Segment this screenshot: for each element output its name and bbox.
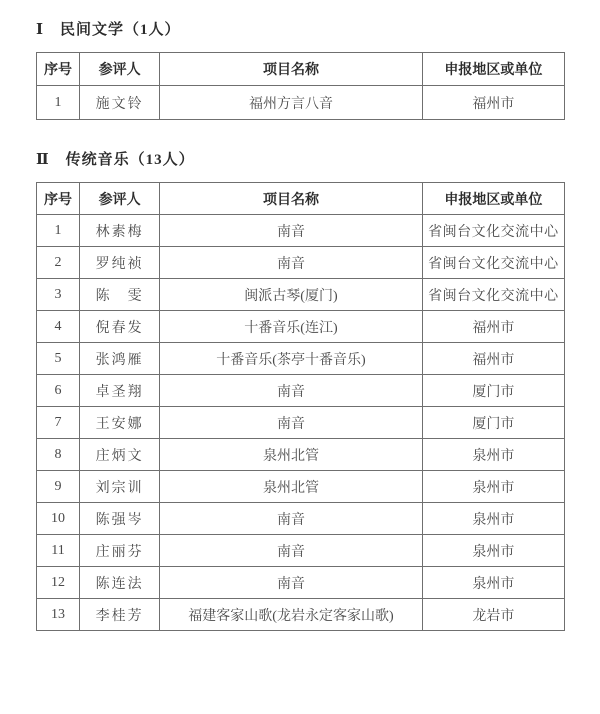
cell-project-name: 闽派古琴(厦门) — [160, 279, 422, 311]
cell-project-name: 南音 — [160, 215, 422, 247]
cell-declaring-region: 厦门市 — [422, 375, 564, 407]
document-page: Ⅰ 民间文学（1人） 序号 参评人 项目名称 申报地区或单位 1 施文铃 福州方… — [0, 0, 600, 714]
cell-participant-name: 卓圣翔 — [80, 375, 160, 407]
cell-participant-name: 陈 雯 — [80, 279, 160, 311]
section-traditional-music: Ⅱ 传统音乐（13人） 序号 参评人 项目名称 申报地区或单位 1 林素梅 南音… — [36, 150, 566, 631]
cell-serial-number: 11 — [37, 535, 80, 567]
cell-participant-name: 施文铃 — [80, 86, 160, 120]
table-row: 12 陈连法 南音 泉州市 — [37, 567, 565, 599]
traditional-music-table: 序号 参评人 项目名称 申报地区或单位 1 林素梅 南音 省闽台文化交流中心 2… — [36, 182, 565, 631]
cell-serial-number: 8 — [37, 439, 80, 471]
table-row: 10 陈强岑 南音 泉州市 — [37, 503, 565, 535]
table-header-row: 序号 参评人 项目名称 申报地区或单位 — [37, 183, 565, 215]
cell-declaring-region: 泉州市 — [422, 567, 564, 599]
table-row: 7 王安娜 南音 厦门市 — [37, 407, 565, 439]
cell-project-name: 泉州北管 — [160, 471, 422, 503]
cell-declaring-region: 厦门市 — [422, 407, 564, 439]
cell-project-name: 南音 — [160, 375, 422, 407]
table-row: 5 张鸿雁 十番音乐(茶亭十番音乐) 福州市 — [37, 343, 565, 375]
cell-project-name: 南音 — [160, 407, 422, 439]
cell-project-name: 十番音乐(茶亭十番音乐) — [160, 343, 422, 375]
cell-participant-name: 林素梅 — [80, 215, 160, 247]
cell-serial-number: 13 — [37, 599, 80, 631]
cell-declaring-region: 福州市 — [422, 311, 564, 343]
cell-serial-number: 1 — [37, 215, 80, 247]
cell-project-name: 福建客家山歌(龙岩永定客家山歌) — [160, 599, 422, 631]
cell-declaring-region: 龙岩市 — [422, 599, 564, 631]
cell-project-name: 南音 — [160, 535, 422, 567]
cell-participant-name: 庄炳文 — [80, 439, 160, 471]
table-row: 4 倪春发 十番音乐(连江) 福州市 — [37, 311, 565, 343]
cell-serial-number: 2 — [37, 247, 80, 279]
table-row: 3 陈 雯 闽派古琴(厦门) 省闽台文化交流中心 — [37, 279, 565, 311]
column-header-region: 申报地区或单位 — [422, 183, 564, 215]
cell-participant-name: 王安娜 — [80, 407, 160, 439]
cell-project-name: 泉州北管 — [160, 439, 422, 471]
cell-declaring-region: 泉州市 — [422, 471, 564, 503]
table-row: 2 罗纯祯 南音 省闽台文化交流中心 — [37, 247, 565, 279]
cell-declaring-region: 泉州市 — [422, 439, 564, 471]
cell-serial-number: 5 — [37, 343, 80, 375]
cell-declaring-region: 泉州市 — [422, 535, 564, 567]
cell-participant-name: 庄丽芬 — [80, 535, 160, 567]
cell-serial-number: 6 — [37, 375, 80, 407]
cell-serial-number: 7 — [37, 407, 80, 439]
section-heading-traditional-music: Ⅱ 传统音乐（13人） — [36, 150, 566, 170]
column-header-no: 序号 — [37, 183, 80, 215]
table-row: 11 庄丽芬 南音 泉州市 — [37, 535, 565, 567]
cell-participant-name: 陈强岑 — [80, 503, 160, 535]
cell-declaring-region: 福州市 — [422, 343, 564, 375]
cell-project-name: 南音 — [160, 567, 422, 599]
table-row: 1 施文铃 福州方言八音 福州市 — [37, 86, 565, 120]
cell-serial-number: 10 — [37, 503, 80, 535]
table-row: 1 林素梅 南音 省闽台文化交流中心 — [37, 215, 565, 247]
cell-declaring-region: 泉州市 — [422, 503, 564, 535]
section-folk-literature: Ⅰ 民间文学（1人） 序号 参评人 项目名称 申报地区或单位 1 施文铃 福州方… — [36, 20, 566, 120]
column-header-region: 申报地区或单位 — [422, 53, 564, 86]
table-row: 9 刘宗训 泉州北管 泉州市 — [37, 471, 565, 503]
document-content: Ⅰ 民间文学（1人） 序号 参评人 项目名称 申报地区或单位 1 施文铃 福州方… — [0, 0, 566, 631]
cell-declaring-region: 福州市 — [422, 86, 564, 120]
cell-project-name: 南音 — [160, 503, 422, 535]
cell-declaring-region: 省闽台文化交流中心 — [422, 279, 564, 311]
cell-participant-name: 陈连法 — [80, 567, 160, 599]
cell-serial-number: 9 — [37, 471, 80, 503]
column-header-person: 参评人 — [80, 53, 160, 86]
column-header-person: 参评人 — [80, 183, 160, 215]
cell-project-name: 福州方言八音 — [160, 86, 422, 120]
cell-project-name: 十番音乐(连江) — [160, 311, 422, 343]
cell-participant-name: 李桂芳 — [80, 599, 160, 631]
table-row: 13 李桂芳 福建客家山歌(龙岩永定客家山歌) 龙岩市 — [37, 599, 565, 631]
section-heading-folk-literature: Ⅰ 民间文学（1人） — [36, 20, 566, 40]
cell-project-name: 南音 — [160, 247, 422, 279]
cell-serial-number: 4 — [37, 311, 80, 343]
cell-participant-name: 张鸿雁 — [80, 343, 160, 375]
column-header-no: 序号 — [37, 53, 80, 86]
cell-serial-number: 1 — [37, 86, 80, 120]
cell-participant-name: 罗纯祯 — [80, 247, 160, 279]
column-header-project: 项目名称 — [160, 53, 422, 86]
cell-serial-number: 3 — [37, 279, 80, 311]
cell-declaring-region: 省闽台文化交流中心 — [422, 215, 564, 247]
column-header-project: 项目名称 — [160, 183, 422, 215]
folk-literature-table: 序号 参评人 项目名称 申报地区或单位 1 施文铃 福州方言八音 福州市 — [36, 52, 565, 120]
cell-participant-name: 倪春发 — [80, 311, 160, 343]
table-row: 6 卓圣翔 南音 厦门市 — [37, 375, 565, 407]
table-row: 8 庄炳文 泉州北管 泉州市 — [37, 439, 565, 471]
cell-serial-number: 12 — [37, 567, 80, 599]
cell-participant-name: 刘宗训 — [80, 471, 160, 503]
cell-declaring-region: 省闽台文化交流中心 — [422, 247, 564, 279]
table-header-row: 序号 参评人 项目名称 申报地区或单位 — [37, 53, 565, 86]
